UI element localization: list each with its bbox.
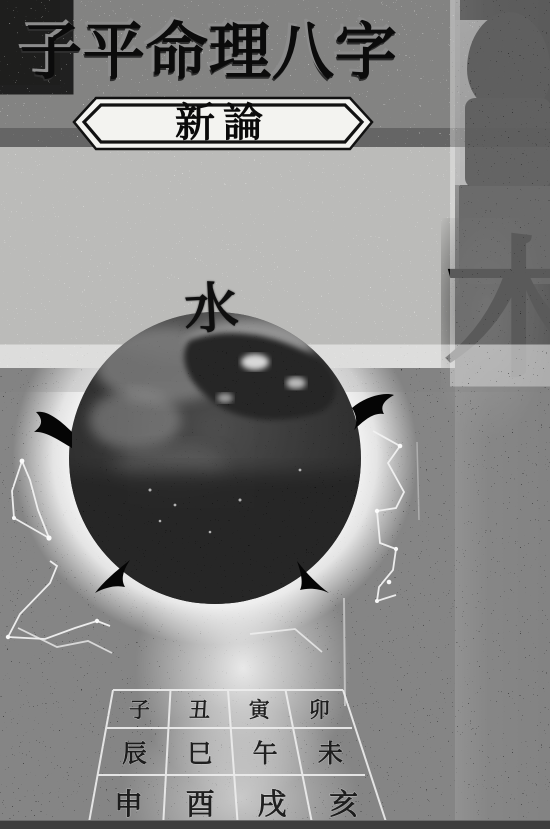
branch-cell: 午 bbox=[253, 739, 278, 768]
branch-cell: 亥 bbox=[329, 788, 358, 821]
scanner-edge-bar bbox=[0, 820, 550, 829]
scanned-book-cover: 木 bbox=[0, 0, 550, 829]
vertical-streak bbox=[344, 598, 345, 706]
branch-cell: 卯 bbox=[309, 698, 330, 722]
branch-cell: 戌 bbox=[257, 788, 286, 821]
element-water-label: 水 bbox=[182, 265, 240, 345]
branch-cell: 未 bbox=[318, 740, 343, 768]
branch-cell: 酉 bbox=[186, 788, 215, 821]
branch-cell: 辰 bbox=[122, 740, 147, 768]
branch-cell: 申 bbox=[114, 788, 143, 821]
branch-cell: 子 bbox=[129, 699, 150, 722]
branch-cell: 丑 bbox=[189, 699, 210, 722]
book-title: 子平命理八字 bbox=[20, 22, 440, 84]
subtitle-text: 新論 bbox=[160, 100, 286, 146]
branch-cell: 寅 bbox=[249, 698, 271, 722]
branch-cell: 巳 bbox=[187, 740, 212, 768]
